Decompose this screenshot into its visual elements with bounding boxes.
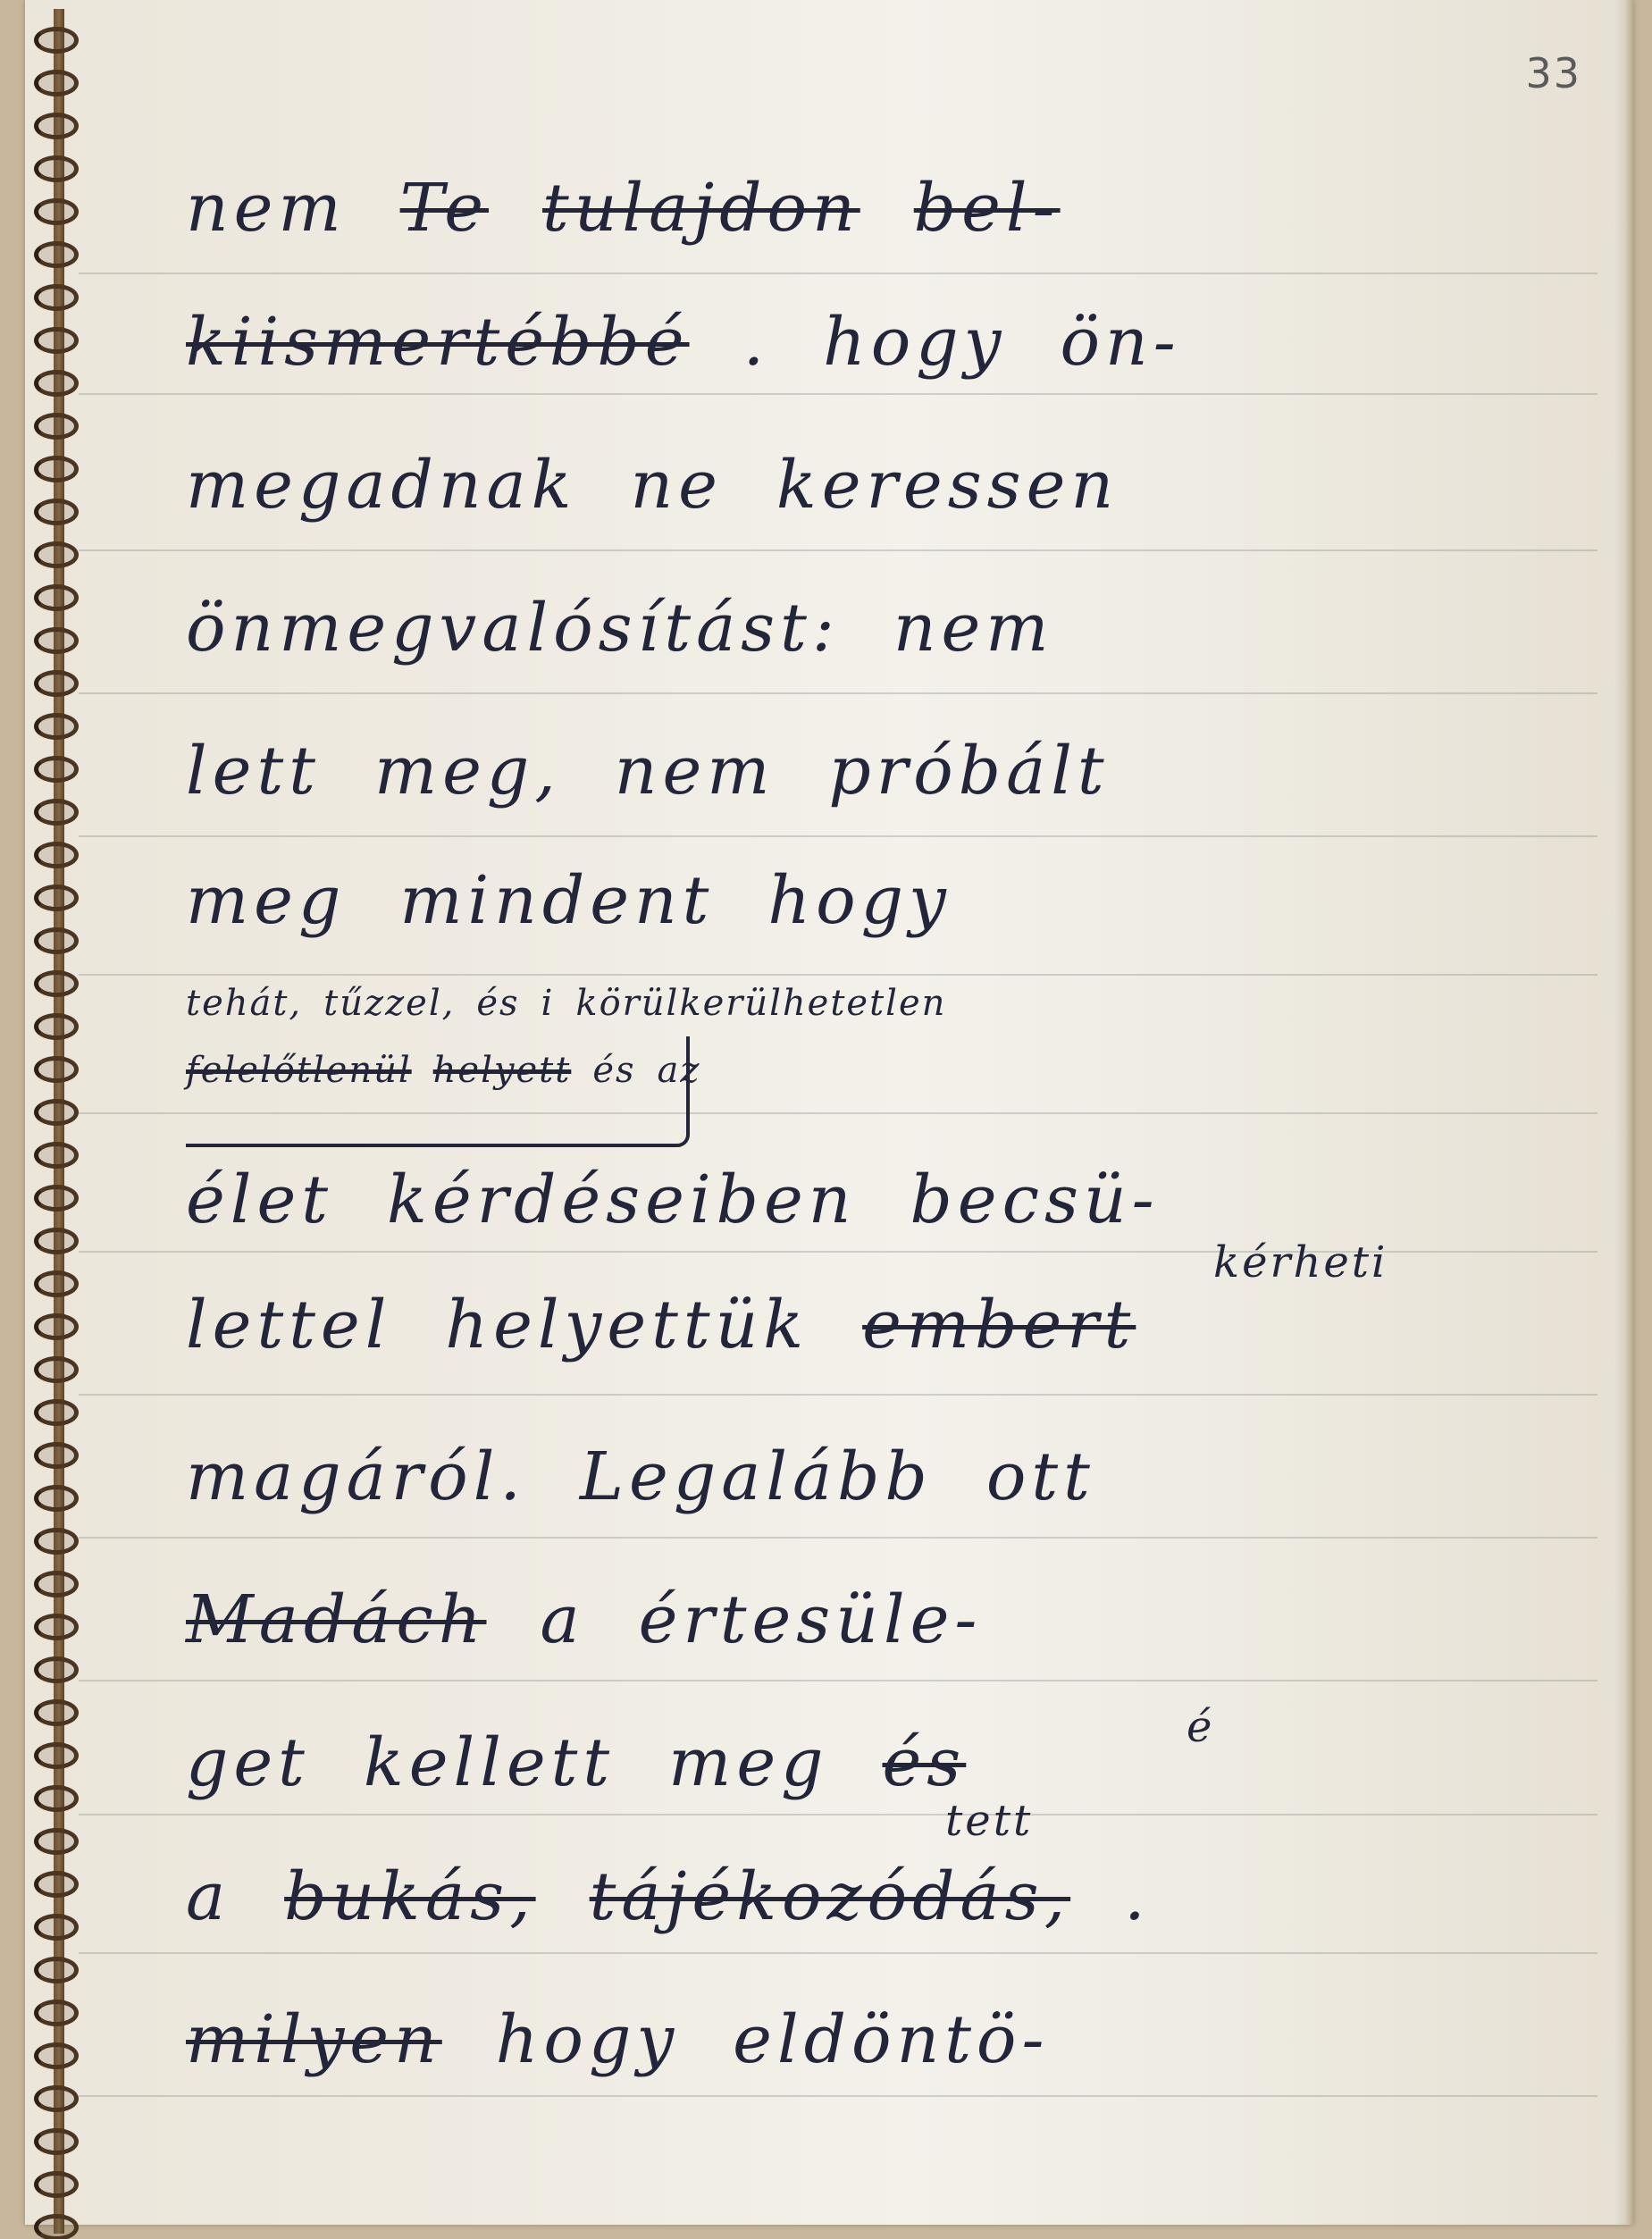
word: nem [186,170,347,247]
word: mindent [399,862,714,939]
spiral-coil [34,413,79,440]
spiral-coil [34,2000,79,2026]
spiral-coil [34,1142,79,1169]
struck-word: tulajdon [542,170,860,247]
word: keressen [776,447,1119,524]
spiral-coil [34,456,79,482]
ruled-line [79,1680,1597,1681]
ruled-line [79,393,1597,395]
spiral-coil [34,1614,79,1640]
handwritten-line: megadnaknekeressen [186,447,1562,524]
spiral-coil [34,1185,79,1212]
spiral-coil [34,155,79,182]
spiral-coil [34,1528,79,1555]
handwritten-line: tehát,tűzzel,ésikörülkerülhetetlen [186,983,1562,1024]
handwritten-line: lettmeg,nempróbált [186,733,1562,809]
spiral-coil [34,1356,79,1383]
spiral-coil [34,2042,79,2069]
word: get [186,1724,310,1801]
handwritten-line: milyenhogyeldöntö- [186,2001,1562,2078]
word: kellett [364,1724,615,1801]
struck-word: bukás, [284,1858,536,1935]
spiral-coil [34,499,79,525]
spiral-coil [34,27,79,54]
notebook-page: 33 nemTetulajdonbel-kiismertébbé.hogyön-… [25,0,1633,2225]
spiral-coil [34,970,79,997]
spiral-coil [34,1957,79,1983]
spiral-coil [34,627,79,654]
ruled-line [79,2095,1597,2097]
word: megadnak [186,447,576,524]
spiral-coil [34,842,79,868]
struck-word: Te [400,170,489,247]
spiral-coil [34,1656,79,1683]
handwritten-line: kiismertébbé.hogyön- [186,304,1562,381]
spiral-coil [34,1571,79,1597]
ruled-line [79,835,1597,837]
word: becsü- [910,1161,1159,1238]
word: hogy [823,304,1006,381]
spiral-coil [34,1013,79,1040]
spiral-coil [34,1914,79,1941]
interlinear-insert: tett [945,1796,1033,1846]
spiral-binding [27,9,80,2234]
handwritten-line: megmindenthogy [186,862,1562,939]
word: ön- [1060,304,1180,381]
handwritten-line: Madáchaértesüle- [186,1581,1562,1658]
word: . [743,304,770,381]
spiral-coil [34,113,79,139]
spiral-coil [34,2128,79,2155]
page-edge [1614,0,1633,2225]
ruled-line [79,692,1597,694]
spiral-coil [34,1785,79,1812]
handwritten-line: magáról.Legalábbott [186,1438,1562,1515]
word: értesüle- [639,1581,983,1658]
word: ott [986,1438,1095,1515]
struck-word: embert [862,1287,1136,1363]
word: i [541,983,555,1024]
spiral-coil [34,1828,79,1855]
word: eldöntö- [733,2001,1049,2078]
ruled-line [79,1394,1597,1396]
handwritten-line: lettelhelyettükembert [186,1287,1562,1363]
ruled-line [79,549,1597,551]
ruled-line [79,1952,1597,1954]
spiral-coil [34,284,79,311]
word: nem [893,590,1054,667]
handwritten-line: nemTetulajdonbel- [186,170,1562,247]
ruled-line [79,273,1597,274]
struck-word: kiismertébbé [186,304,690,381]
struck-word: Madách [186,1581,486,1658]
word: meg [186,862,346,939]
word: körülkerülhetetlen [575,983,946,1024]
spiral-coil [34,1399,79,1426]
word: a [540,1581,584,1658]
word: tűzzel, [323,983,455,1024]
spiral-coil [34,1056,79,1083]
spiral-coil [34,2171,79,2198]
word: kérdéseiben [387,1161,856,1238]
spiral-coil [34,70,79,96]
spiral-coil [34,670,79,697]
word: lettel [186,1287,391,1363]
struck-word: bel- [914,170,1061,247]
interlinear-insert: é [1187,1702,1214,1752]
word: hogy [496,2001,679,2078]
spiral-coil [34,1313,79,1340]
word: a [186,1858,231,1935]
spiral-coil [34,1742,79,1769]
spiral-coil [34,713,79,740]
word: és [476,983,519,1024]
word: Legalább [580,1438,933,1515]
spiral-coil [34,1871,79,1898]
struck-word: milyen [186,2001,442,2078]
spiral-coil [34,885,79,911]
struck-word: és [883,1724,967,1801]
spiral-coil [34,1442,79,1469]
handwritten-line: életkérdéseibenbecsü- [186,1161,1562,1238]
spiral-coil [34,1699,79,1726]
handwritten-line: abukás,tájékozódás,. [186,1858,1562,1935]
word: ne [630,447,722,524]
spiral-coil [34,584,79,611]
handwritten-line: getkellettmegés [186,1724,1562,1801]
spiral-coil [34,1270,79,1297]
ruled-line [79,1814,1597,1816]
word: magáról. [186,1438,526,1515]
spiral-coil [34,241,79,268]
interlinear-insert: kérheti [1213,1237,1388,1287]
spiral-coil [34,1099,79,1126]
word: helyettük [445,1287,809,1363]
word: önmegvalósítást: [186,590,840,667]
spiral-coil [34,541,79,568]
spiral-coil [34,327,79,354]
word: élet [186,1161,333,1238]
word: nem [615,733,776,809]
spiral-coil [34,927,79,954]
spiral-coil [34,2214,79,2239]
word: hogy [767,862,951,939]
spiral-coil [34,756,79,783]
page-number: 33 [1525,49,1581,97]
word: meg [668,1724,828,1801]
ruled-line [79,974,1597,976]
handwritten-line: önmegvalósítást:nem [186,590,1562,667]
word: lett [186,733,321,809]
struck-word: tájékozódás, [590,1858,1071,1935]
word: meg, [374,733,561,809]
ruled-line [79,1537,1597,1539]
word: tehát, [186,983,302,1024]
bracketed-note-box [186,1036,690,1147]
spiral-coil [34,370,79,397]
spiral-coil [34,1485,79,1512]
spiral-coil [34,1228,79,1254]
word: próbált [828,733,1109,809]
spiral-coil [34,198,79,225]
spiral-coil [34,799,79,826]
spiral-coil [34,2085,79,2112]
word: . [1124,1858,1151,1935]
